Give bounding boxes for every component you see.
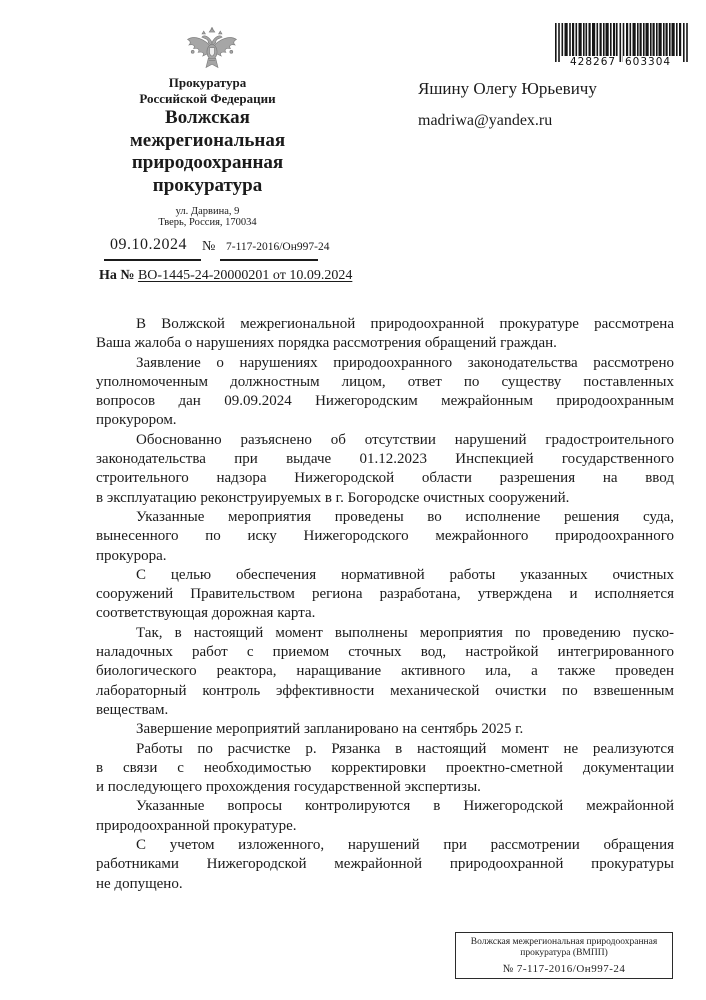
paragraph: Указанные мероприятия проведены во испол… bbox=[96, 508, 674, 566]
body-line: Так, в настоящий момент выполнены меропр… bbox=[96, 624, 674, 643]
registration-stamp: Волжская межрегиональная природоохранная… bbox=[455, 932, 673, 979]
body-line: наладочных работ с приемом сточных вод, … bbox=[96, 643, 674, 662]
org-address-street: ул. Дарвина, 9 bbox=[105, 206, 310, 218]
document-date: 09.10.2024 bbox=[110, 236, 187, 254]
body-line: Указанные мероприятия проведены во испол… bbox=[96, 508, 674, 527]
body-line: природоохранной прокуратуре. bbox=[96, 817, 674, 836]
body-line: С целью обеспечения нормативной работы у… bbox=[96, 566, 674, 585]
body-line: Указанные вопросы контролируются в Нижег… bbox=[96, 797, 674, 816]
body-line: вынесенного по иску Нижегородского межра… bbox=[96, 527, 674, 546]
document-number: 7-117-2016/Он997-24 bbox=[226, 241, 329, 253]
body-line: С учетом изложенного, нарушений при расс… bbox=[96, 836, 674, 855]
body-line: в эксплуатацию реконструируемых в г. Бог… bbox=[96, 489, 674, 508]
paragraph: С целью обеспечения нормативной работы у… bbox=[96, 566, 674, 624]
body-line: в связи с необходимостью корректировки п… bbox=[96, 759, 674, 778]
number-underline bbox=[220, 259, 318, 261]
body-line: прокурором. bbox=[96, 411, 674, 430]
recipient-email: madriwa@yandex.ru bbox=[418, 112, 552, 130]
recipient-name: Яшину Олегу Юрьевичу bbox=[418, 79, 597, 99]
date-underline bbox=[104, 259, 201, 261]
body-line: биологического реактора, наращивание акт… bbox=[96, 662, 674, 681]
barcode: 428267 603304 bbox=[555, 23, 688, 73]
org-name-line4: прокуратура bbox=[105, 176, 310, 197]
body-line: Работы по расчистке р. Рязанка в настоящ… bbox=[96, 740, 674, 759]
body-line: Заявление о нарушениях природоохранного … bbox=[96, 354, 674, 373]
paragraph: Так, в настоящий момент выполнены меропр… bbox=[96, 624, 674, 720]
paragraph: Указанные вопросы контролируются в Нижег… bbox=[96, 797, 674, 836]
body-line: Завершение мероприятий запланировано на … bbox=[96, 720, 674, 739]
barcode-digits: 428267 603304 bbox=[555, 55, 688, 71]
body-line: веществам. bbox=[96, 701, 674, 720]
paragraph: Обоснованно разъяснено об отсутствии нар… bbox=[96, 431, 674, 508]
org-country-line1: Прокуратура bbox=[105, 75, 310, 91]
body-line: В Волжской межрегиональной природоохранн… bbox=[96, 315, 674, 334]
barcode-digits-right: 603304 bbox=[623, 56, 673, 68]
number-sign: № bbox=[202, 239, 215, 255]
body-line: соответствующая дорожная карта. bbox=[96, 604, 674, 623]
barcode-digits-left: 428267 bbox=[568, 56, 618, 68]
reply-reference: ВО-1445-24-20000201 от 10.09.2024 bbox=[138, 268, 352, 283]
letterhead: Прокуратура Российской Федерации Волжска… bbox=[105, 75, 310, 229]
stamp-org-line2: прокуратура (ВМПП) bbox=[456, 948, 672, 959]
body-line: строительного надзора Нижегородской обла… bbox=[96, 469, 674, 488]
org-name-line2: межрегиональная bbox=[105, 131, 310, 152]
org-country-line2: Российской Федерации bbox=[105, 91, 310, 107]
body-line: уполномоченным должностным лицом, ответ … bbox=[96, 373, 674, 392]
paragraph: Заявление о нарушениях природоохранного … bbox=[96, 354, 674, 431]
letter-body: В Волжской межрегиональной природоохранн… bbox=[96, 315, 674, 894]
body-line: сооружений Правительством региона разраб… bbox=[96, 585, 674, 604]
body-line: вопросов дан 09.09.2024 Нижегородским ме… bbox=[96, 392, 674, 411]
org-address: ул. Дарвина, 9 Тверь, Россия, 170034 bbox=[105, 206, 310, 229]
reply-prefix: На № bbox=[99, 268, 134, 283]
org-address-city: Тверь, Россия, 170034 bbox=[105, 217, 310, 229]
body-line: не допущено. bbox=[96, 875, 674, 894]
stamp-number: № 7-117-2016/Он997-24 bbox=[456, 963, 672, 975]
body-line: и последующего прохождения государственн… bbox=[96, 778, 674, 797]
body-line: законодательства при выдаче 01.12.2023 И… bbox=[96, 450, 674, 469]
body-line: лабораторный контроль эффективности меха… bbox=[96, 682, 674, 701]
body-line: Ваша жалоба о нарушениях порядка рассмот… bbox=[96, 334, 674, 353]
body-line: работниками Нижегородской межрайонной пр… bbox=[96, 855, 674, 874]
reply-reference-row: На № ВО-1445-24-20000201 от 10.09.2024 bbox=[99, 268, 352, 284]
body-line: Обоснованно разъяснено об отсутствии нар… bbox=[96, 431, 674, 450]
document-page: Прокуратура Российской Федерации Волжска… bbox=[0, 0, 706, 1000]
body-line: прокурора. bbox=[96, 547, 674, 566]
org-name-line1: Волжская bbox=[105, 108, 310, 129]
org-name-line3: природоохранная bbox=[105, 153, 310, 174]
russia-coat-of-arms-icon bbox=[184, 27, 240, 73]
paragraph: В Волжской межрегиональной природоохранн… bbox=[96, 315, 674, 354]
paragraph: Работы по расчистке р. Рязанка в настоящ… bbox=[96, 740, 674, 798]
stamp-org-line1: Волжская межрегиональная природоохранная bbox=[456, 937, 672, 948]
paragraph: Завершение мероприятий запланировано на … bbox=[96, 720, 674, 739]
paragraph: С учетом изложенного, нарушений при расс… bbox=[96, 836, 674, 894]
